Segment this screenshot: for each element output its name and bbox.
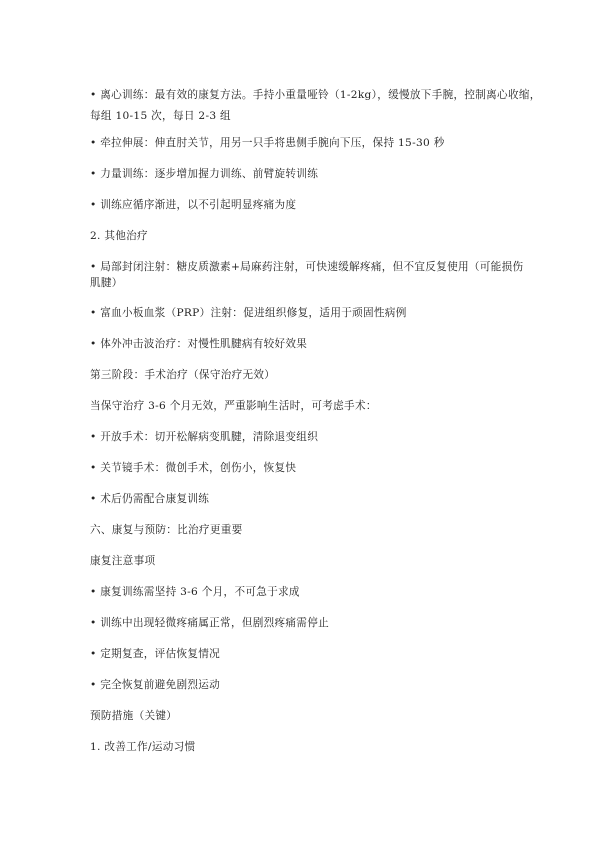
heading-rehab-notes: 康复注意事项 xyxy=(90,554,520,568)
bullet-injection-cont: 肌腱） xyxy=(90,276,520,290)
heading-other-treatment: 2. 其他治疗 xyxy=(90,229,520,243)
bullet-pain-guidance: • 训练中出现轻微疼痛属正常，但剧烈疼痛需停止 xyxy=(90,616,520,630)
bullet-avoid-exercise: • 完全恢复前避免剧烈运动 xyxy=(90,678,520,692)
heading-prevention: 预防措施（关键） xyxy=(90,709,520,723)
bullet-eccentric-training-cont: 每组 10-15 次，每日 2-3 组 xyxy=(90,109,520,123)
bullet-stretching: • 牵拉伸展：伸直肘关节，用另一只手将患侧手腕向下压，保持 15-30 秒 xyxy=(90,136,520,150)
bullet-arthroscopy: • 关节镜手术：微创手术，创伤小，恢复快 xyxy=(90,461,520,475)
bullet-gradual-progress: • 训练应循序渐进，以不引起明显疼痛为度 xyxy=(90,198,520,212)
bullet-injection: • 局部封闭注射：糖皮质激素+局麻药注射，可快速缓解疼痛，但不宜反复使用（可能损… xyxy=(90,260,520,274)
bullet-follow-up: • 定期复查，评估恢复情况 xyxy=(90,647,520,661)
bullet-strength-training: • 力量训练：逐步增加握力训练、前臂旋转训练 xyxy=(90,167,520,181)
bullet-eccentric-training: • 离心训练：最有效的康复方法。手持小重量哑铃（1-2kg），缓慢放下手腕，控制… xyxy=(90,88,520,102)
paragraph-surgery-intro: 当保守治疗 3-6 个月无效，严重影响生活时，可考虑手术： xyxy=(90,399,520,413)
bullet-shockwave: • 体外冲击波治疗：对慢性肌腱病有较好效果 xyxy=(90,337,520,351)
document-page: • 离心训练：最有效的康复方法。手持小重量哑铃（1-2kg），缓慢放下手腕，控制… xyxy=(0,0,595,841)
bullet-post-op-rehab: • 术后仍需配合康复训练 xyxy=(90,492,520,506)
bullet-rehab-duration: • 康复训练需坚持 3-6 个月，不可急于求成 xyxy=(90,585,520,599)
heading-stage-three: 第三阶段：手术治疗（保守治疗无效） xyxy=(90,368,520,382)
heading-section-six: 六、康复与预防：比治疗更重要 xyxy=(90,523,520,537)
bullet-prp: • 富血小板血浆（PRP）注射：促进组织修复，适用于顽固性病例 xyxy=(90,306,520,320)
numbered-item-habits: 1. 改善工作/运动习惯 xyxy=(90,740,520,754)
bullet-open-surgery: • 开放手术：切开松解病变肌腱，清除退变组织 xyxy=(90,430,520,444)
